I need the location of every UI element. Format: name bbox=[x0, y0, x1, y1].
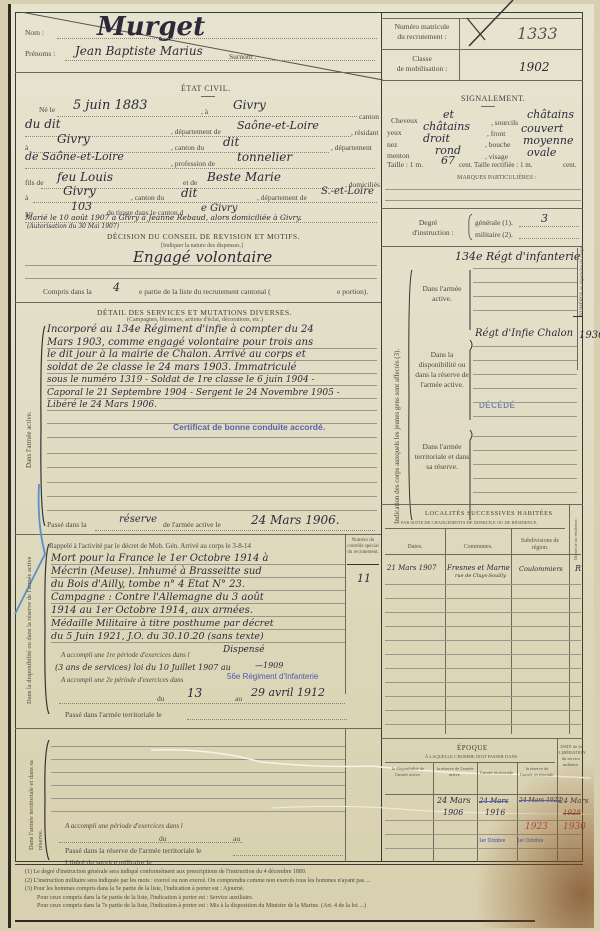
a-label: , à bbox=[201, 107, 208, 116]
date-liberation-header: DATE de la LIBÉRATION du service militai… bbox=[559, 744, 583, 768]
rule bbox=[385, 189, 581, 190]
rule bbox=[47, 496, 377, 497]
rule bbox=[473, 388, 577, 389]
lieu-naissance-value: Givry bbox=[233, 98, 266, 112]
regiment-stamp: 56e Régiment d'Infanterie bbox=[227, 672, 318, 681]
generale-line bbox=[519, 226, 579, 227]
controle-header: Numéro du contrôle spécial du recrutemen… bbox=[347, 538, 379, 556]
rule bbox=[473, 450, 577, 451]
rule bbox=[385, 834, 581, 835]
departement-value: Saône-et-Loire bbox=[237, 119, 319, 132]
generale-value: 3 bbox=[541, 212, 548, 225]
periode1-label: A accompli une 1re période d'exercices d… bbox=[61, 651, 190, 659]
nez-label: nez bbox=[387, 140, 397, 149]
rule bbox=[47, 423, 377, 424]
loc-row-subdivision: Coulommiers bbox=[519, 565, 563, 573]
taille-label: Taille : 1 m. bbox=[387, 160, 423, 169]
rule bbox=[47, 510, 377, 511]
numeros-divider bbox=[577, 248, 578, 370]
loc-header-subdivision: Subdivisions de région. bbox=[515, 538, 565, 552]
profession-line bbox=[25, 168, 375, 169]
periode1-value: Dispensé bbox=[223, 645, 265, 655]
passe-suffix: de l'armée active le bbox=[163, 520, 221, 529]
rule bbox=[473, 402, 577, 403]
profession-label: , profession de bbox=[171, 159, 215, 168]
rule bbox=[473, 464, 577, 465]
page-bottom-border bbox=[15, 920, 535, 922]
rule bbox=[51, 746, 345, 747]
instruction-label-2: d'instruction : bbox=[403, 228, 463, 237]
compris-value: 4 bbox=[113, 281, 120, 294]
departement2-label: , département bbox=[331, 143, 372, 152]
rule bbox=[385, 682, 581, 683]
passe-territoriale-label: Passé dans l'armée territoriale le bbox=[65, 710, 162, 719]
mere-value: Beste Marie bbox=[207, 170, 281, 184]
bracket-corps bbox=[407, 270, 413, 520]
cheveux-label: Cheveux bbox=[391, 116, 418, 125]
mariage-autorisation: (Autorisation du 30 Mai 1907) bbox=[27, 223, 119, 230]
epoque-title: ÉPOQUE bbox=[457, 744, 488, 752]
rule bbox=[47, 360, 377, 361]
loc-col-divider-1 bbox=[445, 528, 446, 734]
ne-le-value: 5 juin 1883 bbox=[73, 98, 148, 113]
loc-col-divider-2 bbox=[511, 528, 512, 734]
pere-value: feu Louis bbox=[57, 170, 113, 184]
header-bottom-line bbox=[15, 72, 381, 73]
rule bbox=[51, 577, 345, 578]
footnotes-top-line bbox=[15, 864, 583, 865]
conseil-revision-value: Engagé volontaire bbox=[133, 248, 272, 266]
militaire-label: militaire (2). bbox=[475, 230, 513, 239]
rule bbox=[385, 668, 581, 669]
military-register-page: Nom : Murget Prénoms : Jean Baptiste Mar… bbox=[8, 4, 594, 928]
rappele-line: Rappelé à l'activité par le décret de Mo… bbox=[49, 542, 251, 550]
rule bbox=[473, 374, 577, 375]
classe-label-1: Classe bbox=[387, 54, 457, 63]
controle-divider bbox=[345, 534, 346, 694]
corps-side-label: Indication des corps auxquels les jeunes… bbox=[393, 349, 401, 524]
residant-value: Givry bbox=[57, 132, 90, 146]
rule bbox=[473, 268, 577, 269]
territoriale-periode-label: A accompli une période d'exercices dans … bbox=[65, 822, 183, 830]
rule bbox=[473, 360, 577, 361]
rule bbox=[47, 398, 377, 399]
liberation-date: 24 Mars bbox=[559, 797, 588, 805]
ne-le-label: Né le bbox=[39, 105, 55, 114]
tirage-no-value: 103 bbox=[71, 200, 92, 213]
liberation-struck: 1928 bbox=[563, 809, 581, 817]
militaire-line bbox=[519, 238, 579, 239]
rule bbox=[385, 598, 581, 599]
ne-line bbox=[57, 116, 357, 117]
territoriale-stamp: 1er Octobre bbox=[479, 838, 505, 844]
rule bbox=[47, 453, 377, 454]
du-au-line bbox=[59, 703, 345, 704]
domicile-a-label: à bbox=[25, 193, 28, 202]
footnote-3: (3) Pour les hommes compris dans la 5e p… bbox=[25, 885, 585, 894]
etat-civil-underline bbox=[201, 96, 215, 97]
conseil-line-2 bbox=[25, 278, 377, 279]
corps-disponibilite-label: Dans la disponibilité ou dans la réserve… bbox=[413, 350, 471, 390]
controle-header-line bbox=[347, 564, 379, 565]
cross-mark-icon bbox=[463, 0, 523, 50]
prenoms-label: Prénoms : bbox=[25, 49, 55, 58]
sourcils-label: , sourcils bbox=[491, 118, 518, 127]
epoque-col-3 bbox=[517, 762, 518, 862]
domicile-value: Givry bbox=[63, 184, 96, 198]
front-label: , front bbox=[487, 129, 505, 138]
loc-row-commune-note: rue de Cluys-Souilly bbox=[455, 573, 506, 579]
departement-label: , département de bbox=[171, 127, 221, 136]
rule bbox=[473, 346, 577, 347]
passe-territoriale-line bbox=[187, 719, 347, 720]
rule bbox=[47, 410, 377, 411]
rule bbox=[51, 616, 345, 617]
rule bbox=[385, 584, 581, 585]
rule bbox=[51, 629, 345, 630]
rule bbox=[473, 416, 577, 417]
footnote-1: (1) Le degré d'instruction générale sera… bbox=[25, 868, 585, 877]
canton-value: du dit bbox=[25, 117, 61, 131]
compris-label: Compris dans la bbox=[43, 287, 92, 296]
territoriale-du-line bbox=[59, 842, 243, 843]
rule bbox=[385, 200, 581, 201]
epoque-header-reserve-territoriale: la réserve de l'armée territoriale. bbox=[519, 766, 555, 778]
visage-label: , visage bbox=[485, 152, 508, 161]
rule bbox=[47, 373, 377, 374]
taille-rect-suffix: cent. bbox=[563, 161, 576, 169]
passe-reserve-line bbox=[233, 855, 343, 856]
epoque-col-1 bbox=[433, 762, 434, 862]
rule bbox=[385, 848, 581, 849]
etat-civil-title: ÉTAT CIVIL. bbox=[181, 84, 231, 93]
bracket-instruction bbox=[467, 214, 473, 240]
classe-label-2: de mobilisation : bbox=[387, 64, 457, 73]
localites-subtitle: PAR SUITE DE CHANGEMENTS DE DOMICILE OU … bbox=[401, 520, 537, 525]
bouche-label: , bouche bbox=[485, 140, 510, 149]
corps-territoriale-label: Dans l'armée territoriale et dans sa rés… bbox=[413, 442, 471, 472]
rule bbox=[51, 642, 345, 643]
taille-value: 67 bbox=[441, 154, 455, 167]
rule bbox=[473, 492, 577, 493]
libere-label: Libéré du service militaire le bbox=[65, 858, 152, 867]
generale-label: générale (1). bbox=[475, 218, 513, 227]
epoque-header-territoriale: l'armée territoriale. bbox=[479, 770, 515, 776]
instruction-label-1: Degré bbox=[403, 218, 453, 227]
menton-label: menton bbox=[387, 151, 410, 160]
rule bbox=[473, 478, 577, 479]
paper-tear bbox=[151, 748, 591, 818]
reserve-territoriale-struck: 24 Mars 1922 bbox=[519, 797, 561, 804]
profession-value: tonnelier bbox=[237, 150, 292, 164]
canton3-label: , canton du bbox=[131, 193, 164, 202]
marques-label: MARQUES PARTICULIÈRES : bbox=[457, 175, 536, 181]
signalement-bottom-line bbox=[381, 208, 583, 209]
epoque-col-2 bbox=[477, 762, 478, 862]
matricule-label-1: Numéro matricule bbox=[387, 22, 457, 31]
reserve-territoriale-stamp: 1er Octobre bbox=[517, 838, 543, 844]
loc-row-date: 21 Mars 1907 bbox=[387, 564, 436, 572]
localites-bottom-line bbox=[381, 738, 583, 739]
canton2-value: dit bbox=[223, 135, 239, 149]
rule bbox=[385, 820, 581, 821]
services-title: DÉTAIL DES SERVICES ET MUTATIONS DIVERSE… bbox=[97, 308, 292, 317]
canton-label: canton bbox=[359, 112, 379, 121]
services-subtitle: (Campagnes, blessures, actions d'éclat, … bbox=[127, 317, 263, 323]
footnote-4: Pour ceux compris dans la 6e partie de l… bbox=[25, 894, 585, 903]
loc-header-bottom bbox=[385, 554, 581, 555]
periode1-note: (3 ans de services) loi du 10 Juillet 19… bbox=[55, 663, 231, 672]
territoriale-year: 1916 bbox=[485, 808, 505, 817]
reserve-active-date: 24 Mars bbox=[437, 796, 471, 805]
bracket-territoriale bbox=[43, 740, 51, 860]
passe-reserve-territoriale-label: Passé dans la réserve de l'armée territo… bbox=[65, 846, 202, 855]
rule bbox=[47, 467, 377, 468]
rule bbox=[473, 436, 577, 437]
au-label: au bbox=[235, 694, 242, 703]
canton3-value: dit bbox=[181, 186, 197, 200]
passe-date: 24 Mars 1906. bbox=[251, 513, 340, 527]
signalement-title: SIGNALEMENT. bbox=[461, 94, 525, 103]
corps-active-label: Dans l'armée active. bbox=[413, 284, 471, 304]
footnote-2: (2) L'instruction militaire sera indiqué… bbox=[25, 877, 585, 886]
side-label-reserve: Dans la disponibilité ou dans la réserve… bbox=[25, 534, 34, 704]
rule bbox=[47, 385, 377, 386]
corps-disponibilite-num: 1930 bbox=[579, 330, 600, 341]
rule bbox=[385, 654, 581, 655]
rule bbox=[51, 603, 345, 604]
controle-value: 11 bbox=[357, 572, 371, 585]
departement3-label: , département de bbox=[257, 193, 307, 202]
bracket-corps-inner bbox=[469, 270, 475, 520]
bracket-reserve bbox=[43, 544, 51, 714]
classe-bottom-line bbox=[381, 80, 583, 81]
yeux-label: yeux bbox=[387, 128, 402, 137]
liberation-red: 1930 bbox=[563, 822, 586, 832]
epoque-header-disponibilite: la disponibilité de l'armée active. bbox=[385, 766, 431, 778]
epoque-header-reserve-active: la réserve de l'armée active. bbox=[435, 766, 475, 778]
rule bbox=[385, 626, 581, 627]
matricule-bottom-line bbox=[381, 49, 583, 50]
rule bbox=[473, 296, 577, 297]
rule bbox=[385, 710, 581, 711]
mariage-line bbox=[25, 222, 377, 223]
classe-value: 1902 bbox=[519, 60, 550, 74]
instruction-bottom-line bbox=[381, 246, 583, 247]
matricule-label-2: du recrutement : bbox=[387, 32, 457, 41]
sourcils-value: châtains bbox=[527, 108, 574, 121]
matricule-value: 1333 bbox=[517, 24, 558, 43]
periode2-label: A accompli une 2e période d'exercices da… bbox=[61, 676, 183, 684]
conseil-revision-title: DÉCISION DU CONSEIL DE REVISION ET MOTIF… bbox=[107, 232, 300, 241]
prenoms-line bbox=[65, 60, 375, 61]
epoque-subtitle: À LAQUELLE L'HOMME DOIT PASSER DANS bbox=[425, 754, 517, 759]
localites-title: LOCALITÉS SUCCESSIVES HABITÉES bbox=[425, 510, 553, 517]
nom-line bbox=[57, 38, 377, 39]
epoque-header-bottom bbox=[385, 794, 581, 795]
territoriale-date: 24 Mars bbox=[479, 797, 508, 805]
rule bbox=[473, 310, 577, 311]
rule bbox=[385, 612, 581, 613]
rule bbox=[51, 564, 345, 565]
canton2-label: , canton du bbox=[171, 143, 204, 152]
loc-header-date: Dates. bbox=[385, 544, 445, 550]
visage-value: ovale bbox=[527, 146, 556, 159]
fils-label: fils de bbox=[25, 178, 44, 187]
rule bbox=[473, 282, 577, 283]
rule bbox=[47, 482, 377, 483]
reserve-territoriale-red: 1923 bbox=[525, 822, 548, 832]
corps-disponibilite-value: Régt d'Infie Chalon bbox=[475, 328, 573, 339]
reserve-active-year: 1906 bbox=[443, 808, 463, 817]
column-divider bbox=[381, 12, 382, 862]
numeros-label: NUMÉROS au répertoire du corps. bbox=[580, 245, 585, 316]
footnote-5: Pour ceux compris dans la 7e partie de l… bbox=[25, 902, 585, 911]
rule bbox=[385, 724, 581, 725]
conseil-bottom-line bbox=[15, 302, 381, 303]
rule bbox=[385, 640, 581, 641]
mariage-note: Marié le 10 août 1907 à Givry à Jeanne R… bbox=[25, 213, 302, 222]
passe-value: réserve bbox=[119, 514, 157, 525]
services-bottom-line bbox=[15, 534, 381, 535]
compris-suffix: e partie de la liste du recrutement cant… bbox=[139, 287, 271, 296]
loc-col-divider-3 bbox=[569, 504, 570, 734]
loc-header-commune: Communes. bbox=[445, 544, 511, 550]
corps-active-value: 134e Régt d'infanterie bbox=[455, 250, 580, 263]
footnotes: (1) Le degré d'instruction générale sera… bbox=[25, 868, 585, 911]
signalement-underline bbox=[481, 106, 495, 107]
periode1-note-value: —1909 bbox=[255, 661, 283, 670]
rule bbox=[51, 590, 345, 591]
du-label: du bbox=[157, 694, 165, 703]
conseil-line-1 bbox=[25, 265, 377, 266]
numeros-bottom bbox=[573, 316, 583, 317]
departement3-value: S.-et-Loire bbox=[321, 186, 374, 197]
nom-label: Nom : bbox=[25, 28, 44, 37]
loc-row-type: R bbox=[575, 564, 581, 573]
au-value: 29 avril 1912 bbox=[251, 686, 325, 699]
residant-label: , résidant bbox=[351, 128, 379, 137]
portion-label: e portion). bbox=[337, 287, 368, 296]
epoque-subtitle-line bbox=[385, 762, 555, 763]
rule bbox=[47, 437, 377, 438]
departement2-value: de Saône-et-Loire bbox=[25, 150, 124, 163]
side-label-active: Dans l'armée active. bbox=[25, 411, 33, 468]
localites-subtitle-line bbox=[385, 528, 565, 529]
du-value: 13 bbox=[187, 686, 202, 700]
taille-suffix: cent. Taille rectifiée : 1 m. bbox=[459, 161, 532, 169]
corps-bottom-line bbox=[381, 504, 583, 505]
prenoms-value: Jean Baptiste Marius bbox=[75, 44, 203, 58]
loc-row-commune: Fresnes et Marne bbox=[447, 564, 510, 572]
service-line: Incorporé au 134e Régiment d'infie à com… bbox=[47, 324, 377, 337]
rule bbox=[47, 348, 377, 349]
passe-line bbox=[95, 530, 375, 531]
rule bbox=[385, 696, 581, 697]
reserve-bottom-line bbox=[15, 728, 381, 729]
